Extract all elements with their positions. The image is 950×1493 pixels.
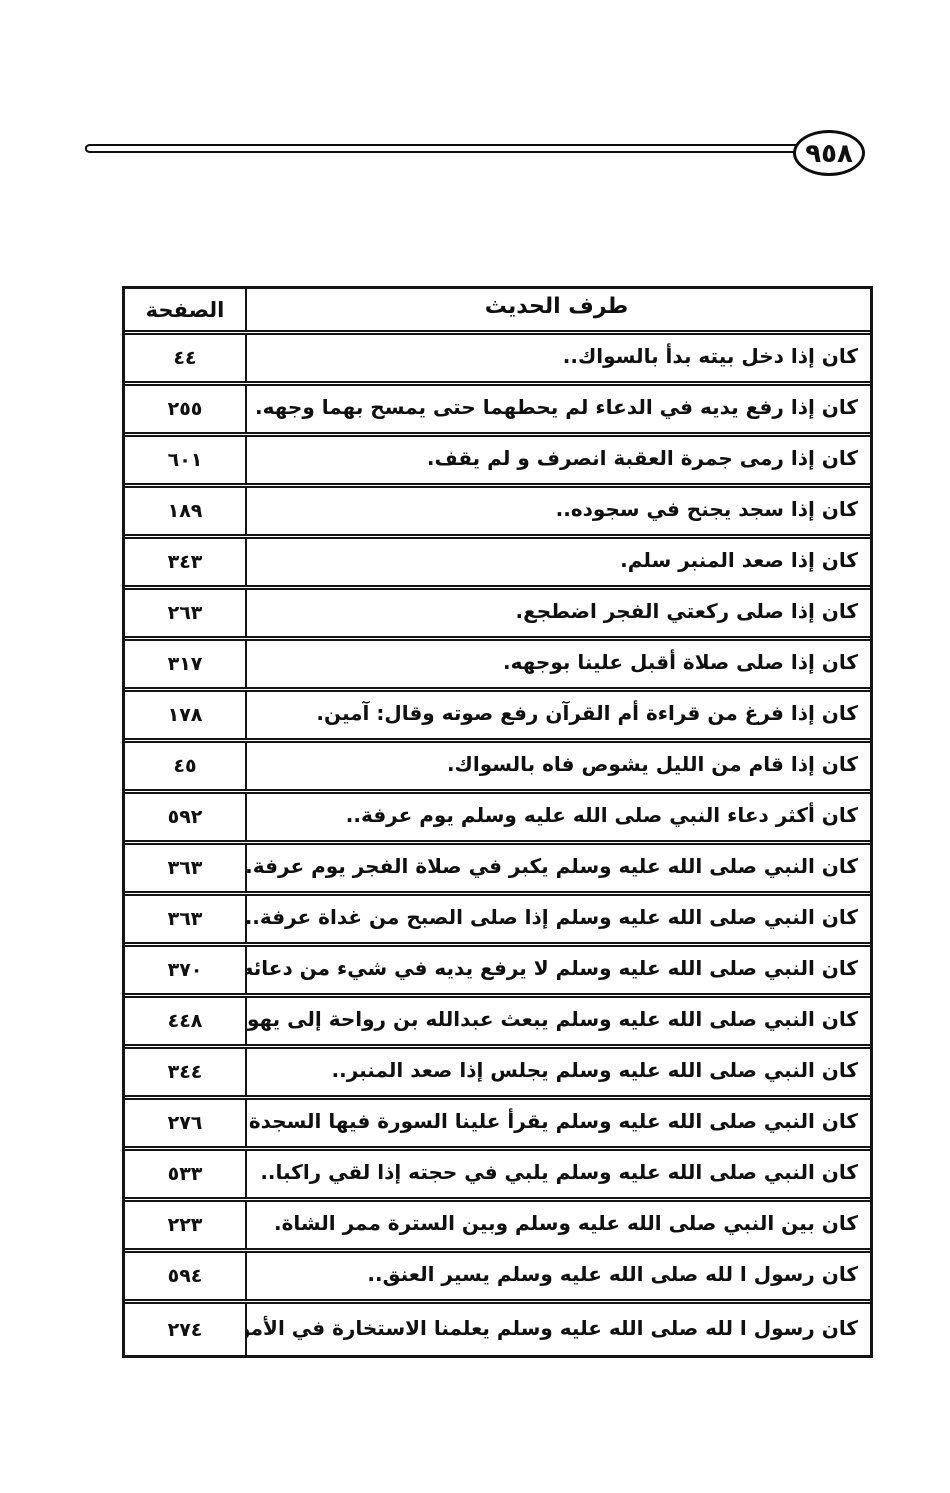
page-number-cell: ٢٢٣ [125, 1202, 247, 1248]
table-row: ٣٦٣ كان النبي صلى الله عليه وسلم يكبر في… [125, 845, 870, 896]
page-number-cell: ٣٦٣ [125, 845, 247, 891]
column-header-page: الصفحة [125, 289, 247, 330]
table-row: ٣٧٠ كان النبي صلى الله عليه وسلم لا يرفع… [125, 947, 870, 998]
hadith-text-cell: كان إذا صعد المنبر سلم. [247, 539, 870, 585]
page-number-badge: ٩٥٨ [793, 130, 865, 176]
book-page: { "page": { "number_badge": "٩٥٨" }, "ta… [0, 0, 950, 1493]
hadith-index-table: الصفحة طرف الحديث ٤٤ كان إذا دخل بيته بد… [122, 286, 873, 1358]
page-number-cell: ١٨٩ [125, 488, 247, 534]
page-number-cell: ٢٦٣ [125, 590, 247, 636]
hadith-text-cell: كان إذا قام من الليل يشوص فاه بالسواك. [247, 743, 870, 789]
hadith-text-cell: كان إذا دخل بيته بدأ بالسواك.. [247, 335, 870, 381]
hadith-text-cell: كان النبي صلى الله عليه وسلم إذا صلى الص… [247, 896, 870, 942]
page-number-cell: ٦٠١ [125, 437, 247, 483]
hadith-text-cell: كان إذا فرغ من قراءة أم القرآن رفع صوته … [247, 692, 870, 738]
table-row: ٦٠١ كان إذا رمى جمرة العقبة انصرف و لم ي… [125, 437, 870, 488]
page-number-cell: ٣٤٣ [125, 539, 247, 585]
page-number-cell: ٥٩٤ [125, 1253, 247, 1299]
hadith-text-cell: كان إذا رفع يديه في الدعاء لم يحطهما حتى… [247, 386, 870, 432]
page-number-cell: ١٧٨ [125, 692, 247, 738]
hadith-text-cell: كان إذا صلى صلاة أقبل علينا بوجهه. [247, 641, 870, 687]
hadith-text-cell: كان النبي صلى الله عليه وسلم لا يرفع يدي… [247, 947, 870, 993]
table-row: ٣٤٤ كان النبي صلى الله عليه وسلم يجلس إذ… [125, 1049, 870, 1100]
hadith-text-cell: كان إذا رمى جمرة العقبة انصرف و لم يقف. [247, 437, 870, 483]
column-header-hadith: طرف الحديث [247, 289, 870, 330]
page-number-cell: ٤٤ [125, 335, 247, 381]
hadith-text-cell: كان رسول ا لله صلى الله عليه وسلم يعلمنا… [247, 1304, 870, 1355]
table-row: ٥٣٣ كان النبي صلى الله عليه وسلم يلبي في… [125, 1151, 870, 1202]
table-row: ٢٧٦ كان النبي صلى الله عليه وسلم يقرأ عل… [125, 1100, 870, 1151]
page-number-cell: ٤٤٨ [125, 998, 247, 1044]
table-row: ٢٧٤ كان رسول ا لله صلى الله عليه وسلم يع… [125, 1304, 870, 1355]
table-row: ٢٥٥ كان إذا رفع يديه في الدعاء لم يحطهما… [125, 386, 870, 437]
page-number-cell: ٣١٧ [125, 641, 247, 687]
table-row: ٤٤ كان إذا دخل بيته بدأ بالسواك.. [125, 335, 870, 386]
table-row: ١٨٩ كان إذا سجد يجنح في سجوده.. [125, 488, 870, 539]
table-row: ٣٦٣ كان النبي صلى الله عليه وسلم إذا صلى… [125, 896, 870, 947]
hadith-text-cell: كان النبي صلى الله عليه وسلم يجلس إذا صع… [247, 1049, 870, 1095]
page-number-cell: ٢٧٦ [125, 1100, 247, 1146]
page-number-cell: ٣٦٣ [125, 896, 247, 942]
hadith-text-cell: كان النبي صلى الله عليه وسلم يبعث عبدالل… [247, 998, 870, 1044]
table-row: ٤٥ كان إذا قام من الليل يشوص فاه بالسواك… [125, 743, 870, 794]
table-row: ٣٤٣ كان إذا صعد المنبر سلم. [125, 539, 870, 590]
page-number-cell: ٣٤٤ [125, 1049, 247, 1095]
table-row: ٣١٧ كان إذا صلى صلاة أقبل علينا بوجهه. [125, 641, 870, 692]
hadith-text-cell: كان النبي صلى الله عليه وسلم يكبر في صلا… [247, 845, 870, 891]
hadith-text-cell: كان إذا صلى ركعتي الفجر اضطجع. [247, 590, 870, 636]
table-body: ٤٤ كان إذا دخل بيته بدأ بالسواك.. ٢٥٥ كا… [125, 335, 870, 1355]
table-row: ٢٦٣ كان إذا صلى ركعتي الفجر اضطجع. [125, 590, 870, 641]
page-number-cell: ٣٧٠ [125, 947, 247, 993]
table-row: ٥٩٢ كان أكثر دعاء النبي صلى الله عليه وس… [125, 794, 870, 845]
table-row: ٢٢٣ كان بين النبي صلى الله عليه وسلم وبي… [125, 1202, 870, 1253]
page-number-cell: ٤٥ [125, 743, 247, 789]
hadith-text-cell: كان إذا سجد يجنح في سجوده.. [247, 488, 870, 534]
table-header-row: الصفحة طرف الحديث [125, 289, 870, 335]
hadith-text-cell: كان أكثر دعاء النبي صلى الله عليه وسلم ي… [247, 794, 870, 840]
hadith-text-cell: كان النبي صلى الله عليه وسلم يلبي في حجت… [247, 1151, 870, 1197]
table-row: ٥٩٤ كان رسول ا لله صلى الله عليه وسلم يس… [125, 1253, 870, 1304]
page-number-cell: ٢٥٥ [125, 386, 247, 432]
page-number-cell: ٥٣٣ [125, 1151, 247, 1197]
hadith-text-cell: كان النبي صلى الله عليه وسلم يقرأ علينا … [247, 1100, 870, 1146]
decorative-header-rule [85, 144, 801, 153]
page-number-cell: ٥٩٢ [125, 794, 247, 840]
hadith-text-cell: كان رسول ا لله صلى الله عليه وسلم يسير ا… [247, 1253, 870, 1299]
table-row: ٤٤٨ كان النبي صلى الله عليه وسلم يبعث عب… [125, 998, 870, 1049]
table-row: ١٧٨ كان إذا فرغ من قراءة أم القرآن رفع ص… [125, 692, 870, 743]
hadith-text-cell: كان بين النبي صلى الله عليه وسلم وبين ال… [247, 1202, 870, 1248]
page-number-cell: ٢٧٤ [125, 1304, 247, 1355]
